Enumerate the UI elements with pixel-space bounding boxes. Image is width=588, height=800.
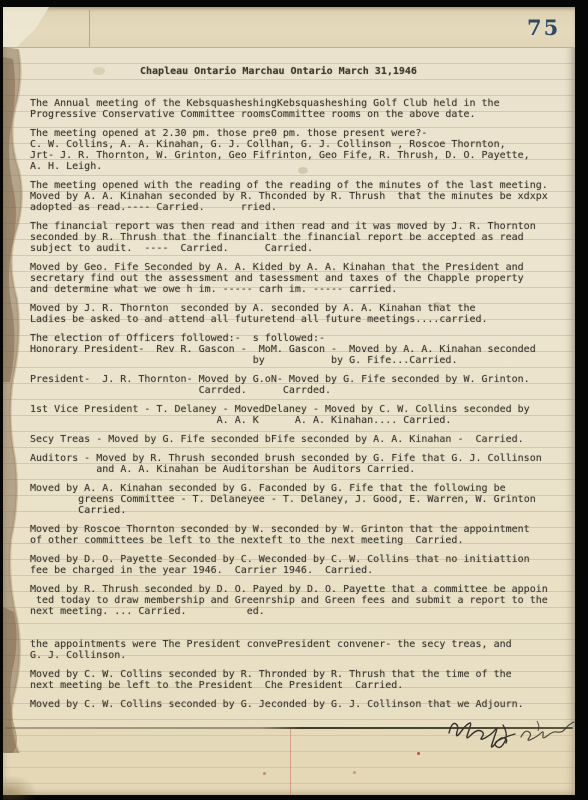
red-speck [353, 771, 356, 774]
red-speck [263, 772, 266, 775]
bottom-left-smudge [3, 775, 37, 800]
document-body: The Annual meeting of the Kebsquasheshin… [30, 98, 567, 710]
paragraph: The meeting opened at 2.30 pm. those pre… [30, 128, 567, 172]
paragraph: The meeting opened with the reading of t… [30, 180, 567, 213]
document-content: Chapleau Ontario Marchau Ontario March 3… [3, 48, 575, 718]
paragraph: The financial report was then read and i… [30, 221, 567, 254]
paragraph: the appointments were The President conv… [30, 639, 567, 661]
page-number: 75 [527, 15, 560, 40]
red-speck [417, 752, 420, 755]
scan-background: { "scan": { "page_number": "75" }, "docu… [0, 0, 588, 800]
paragraph: Moved by D. O. Payette Seconded by C. We… [30, 554, 567, 576]
handwritten-rule-line [5, 727, 573, 729]
margin-line-bottom [290, 729, 291, 795]
paragraph: Moved by C. W. Collins seconded by G. Je… [30, 699, 567, 710]
paragraph: Moved by R. Thrush seconded by D. O. Pay… [30, 584, 567, 617]
paragraph: Moved by Geo. Fife Seconded by A. A. Kid… [30, 262, 567, 295]
paragraph: 1st Vice President - T. Delaney - MovedD… [30, 404, 567, 426]
paragraph: Auditors - Moved by R. Thrush seconded b… [30, 453, 567, 475]
paragraph: Secy Treas - Moved by G. Fife seconded b… [30, 434, 567, 445]
document-page: 75 Chapleau Ontario Marchau Ontario Marc… [3, 7, 575, 795]
paragraph: The Annual meeting of the Kebsquasheshin… [30, 98, 567, 120]
paragraph: Moved by Roscoe Thornton seconded by W. … [30, 524, 567, 546]
page-top-edge [3, 7, 575, 48]
paragraph: The election of Officers followed:- s fo… [30, 333, 567, 366]
paragraph: Moved by J. R. Thornton seconded by A. s… [30, 303, 567, 325]
paragraph: Moved by C. W. Collins seconded by R. Th… [30, 669, 567, 691]
paragraph: President- J. R. Thornton- Moved by G.oN… [30, 374, 567, 396]
paragraph: Moved by A. A. Kinahan seconded by G. Fa… [30, 483, 567, 516]
lower-page-tint [3, 729, 575, 795]
torn-paper-notch [3, 7, 49, 47]
margin-line-top [89, 10, 90, 47]
document-title: Chapleau Ontario Marchau Ontario March 3… [140, 66, 567, 77]
